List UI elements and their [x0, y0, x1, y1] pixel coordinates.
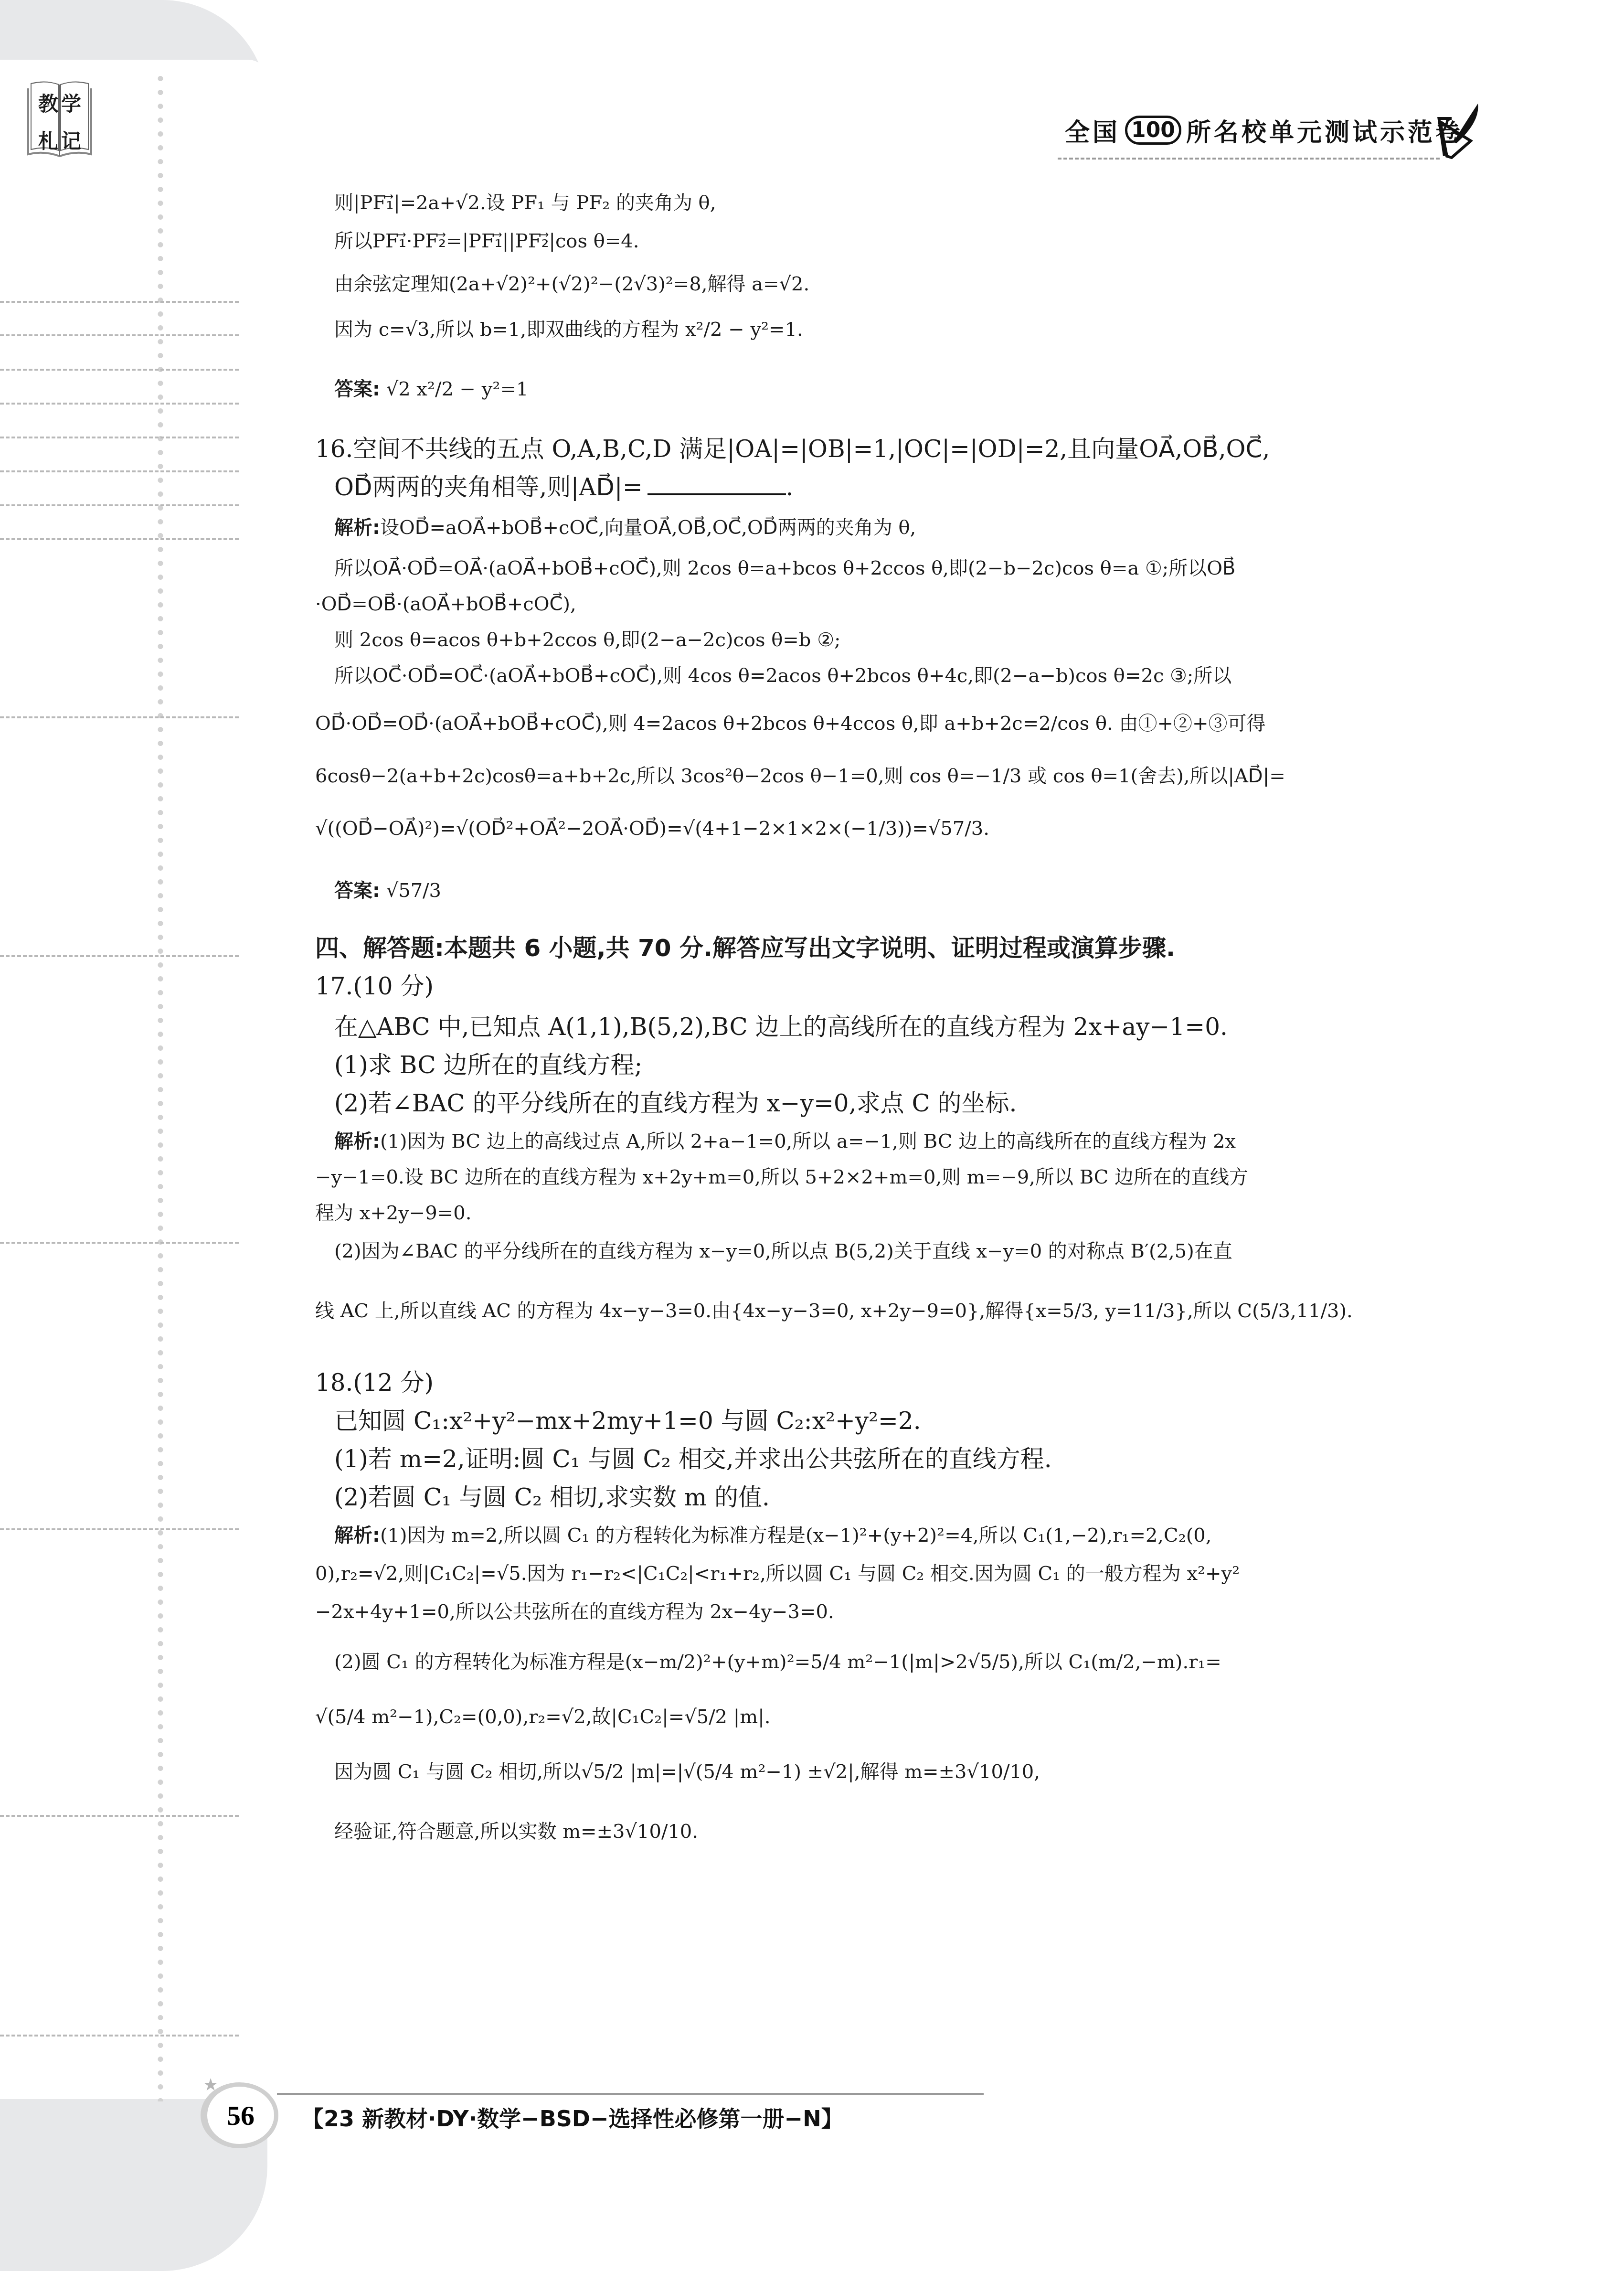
sidebar-notes-panel [0, 60, 267, 2099]
page-number-badge: 56 [201, 2082, 278, 2148]
solution-label: 解析: [334, 517, 380, 539]
q17-solution-line: −y−1=0.设 BC 边所在的直线方程为 x+2y+m=0,所以 5+2×2+… [315, 1168, 1248, 1187]
answer-value: √57/3 [386, 880, 441, 902]
answer-label: 答案: [334, 378, 380, 400]
q17-solution-line: (2)因为∠BAC 的平分线所在的直线方程为 x−y=0,所以点 B(5,2)关… [334, 1242, 1232, 1261]
solution-text: (1)因为 BC 边上的高线过点 A,所以 2+a−1=0,所以 a=−1,则 … [380, 1130, 1236, 1152]
note-line [0, 470, 239, 472]
note-line [0, 716, 239, 718]
q17-solution-line: 线 AC 上,所以直线 AC 的方程为 4x−y−3=0.由{4x−y−3=0,… [315, 1301, 1353, 1321]
answer-blank [647, 493, 786, 495]
q15-solution-line: 由余弦定理知(2a+√2)²+(√2)²−(2√3)²=8,解得 a=√2. [334, 275, 809, 294]
q16-solution-line: 所以OC⃗·OD⃗=OC⃗·(aOA⃗+bOB⃗+cOC⃗),则 4cos θ=… [334, 666, 1231, 685]
page-number: 56 [227, 2100, 255, 2132]
brand-suffix: 所名校单元测试示范卷 [1186, 112, 1463, 148]
q17-part2: (2)若∠BAC 的平分线所在的直线方程为 x−y=0,求点 C 的坐标. [334, 1091, 1017, 1115]
q16-stem-line1: 16.空间不共线的五点 O,A,B,C,D 满足|OA|=|OB|=1,|OC|… [315, 437, 1270, 461]
answer-value: √2 x²/2 − y²=1 [386, 378, 529, 400]
q17-solution-line: 解析:(1)因为 BC 边上的高线过点 A,所以 2+a−1=0,所以 a=−1… [334, 1132, 1236, 1151]
q16-solution-line: 所以OA⃗·OD⃗=OA⃗·(aOA⃗+bOB⃗+cOC⃗),则 2cos θ=… [334, 559, 1236, 578]
series-brand: 全国 100 所名校单元测试示范卷 [1065, 112, 1463, 148]
q15-solution-line: 所以PF₁⃗·PF₂⃗=|PF₁⃗||PF₂⃗|cos θ=4. [334, 232, 639, 251]
q16-stem-text: OD⃗两两的夹角相等,则|AD⃗|= [334, 473, 643, 501]
q17-part1: (1)求 BC 边所在的直线方程; [334, 1053, 642, 1077]
logo-char: 教 [37, 88, 60, 117]
teaching-notes-logo: 教 学 札 记 [26, 79, 93, 162]
q15-answer: 答案: √2 x²/2 − y²=1 [334, 380, 528, 399]
note-line [0, 504, 239, 506]
q16-solution-line: 6cosθ−2(a+b+2c)cosθ=a+b+2c,所以 3cos²θ−2co… [315, 767, 1285, 786]
note-line [0, 301, 239, 303]
note-line [0, 1528, 239, 1530]
q15-solution-line: 因为 c=√3,所以 b=1,即双曲线的方程为 x²/2 − y²=1. [334, 320, 803, 339]
header-divider [1058, 158, 1440, 160]
note-line [0, 1815, 239, 1817]
q16-solution-line: OD⃗·OD⃗=OD⃗·(aOA⃗+bOB⃗+cOC⃗),则 4=2acos θ… [315, 714, 1265, 733]
q18-number: 18.(12 分) [315, 1371, 434, 1395]
logo-char: 札 [37, 126, 60, 154]
q16-solution-line: 则 2cos θ=acos θ+b+2ccos θ,即(2−a−2c)cos θ… [334, 630, 841, 650]
solution-label: 解析: [334, 1525, 380, 1546]
logo-char: 学 [60, 88, 83, 117]
solution-text: (1)因为 m=2,所以圆 C₁ 的方程转化为标准方程是(x−1)²+(y+2)… [380, 1525, 1211, 1546]
note-line [0, 538, 239, 540]
note-line [0, 955, 239, 957]
note-line [0, 369, 239, 371]
logo-char: 记 [60, 126, 83, 154]
q16-answer: 答案: √57/3 [334, 881, 441, 900]
q18-solution-line: (2)圆 C₁ 的方程转化为标准方程是(x−m/2)²+(y+m)²=5/4 m… [334, 1653, 1221, 1672]
note-line [0, 334, 239, 336]
section-heading: 四、解答题:本题共 6 小题,共 70 分.解答应写出文字说明、证明过程或演算步… [315, 936, 1175, 960]
q18-solution-line: 0),r₂=√2,则|C₁C₂|=√5.因为 r₁−r₂<|C₁C₂|<r₁+r… [315, 1564, 1240, 1583]
binding-dots [158, 72, 163, 2101]
q16-solution-line: 解析:设OD⃗=aOA⃗+bOB⃗+cOC⃗,向量OA⃗,OB⃗,OC⃗,OD⃗… [334, 518, 916, 537]
note-line [0, 403, 239, 405]
q18-solution-line: 经验证,符合题意,所以实数 m=±3√10/10. [334, 1822, 698, 1841]
q16-stem-line2: OD⃗两两的夹角相等,则|AD⃗|=. [334, 475, 794, 499]
brand-number: 100 [1125, 116, 1181, 145]
answer-label: 答案: [334, 880, 380, 902]
note-line [0, 437, 239, 438]
q18-stem: 已知圆 C₁:x²+y²−mx+2my+1=0 与圆 C₂:x²+y²=2. [334, 1409, 921, 1433]
q17-solution-line: 程为 x+2y−9=0. [315, 1204, 471, 1223]
note-line [0, 1242, 239, 1244]
q18-solution-line: −2x+4y+1=0,所以公共弦所在的直线方程为 2x−4y−3=0. [315, 1602, 834, 1621]
q18-solution-line: √(5/4 m²−1),C₂=(0,0),r₂=√2,故|C₁C₂|=√5/2 … [315, 1707, 770, 1727]
solution-label: 解析: [334, 1130, 380, 1152]
q18-part1: (1)若 m=2,证明:圆 C₁ 与圆 C₂ 相交,并求出公共弦所在的直线方程. [334, 1447, 1052, 1471]
q18-solution-line: 因为圆 C₁ 与圆 C₂ 相切,所以√5/2 |m|=|√(5/4 m²−1) … [334, 1762, 1040, 1781]
quill-pen-icon [1433, 103, 1485, 160]
q18-solution-line: 解析:(1)因为 m=2,所以圆 C₁ 的方程转化为标准方程是(x−1)²+(y… [334, 1526, 1211, 1545]
q16-solution-line: √((OD⃗−OA⃗)²)=√(OD⃗²+OA⃗²−2OA⃗·OD⃗)=√(4+… [315, 819, 989, 838]
solution-text: 设OD⃗=aOA⃗+bOB⃗+cOC⃗,向量OA⃗,OB⃗,OC⃗,OD⃗两两的… [380, 517, 916, 539]
q18-part2: (2)若圆 C₁ 与圆 C₂ 相切,求实数 m 的值. [334, 1485, 770, 1509]
note-line [0, 2035, 239, 2036]
q16-solution-line: ·OD⃗=OB⃗·(aOA⃗+bOB⃗+cOC⃗), [315, 595, 576, 614]
footer-divider [277, 2093, 984, 2095]
book-code: 【23 新教材·DY·数学−BSD−选择性必修第一册−N】 [302, 2101, 843, 2133]
q16-stem-end: . [786, 473, 794, 501]
q17-stem: 在△ABC 中,已知点 A(1,1),B(5,2),BC 边上的高线所在的直线方… [334, 1015, 1228, 1039]
q15-solution-line: 则|PF₁⃗|=2a+√2.设 PF₁ 与 PF₂ 的夹角为 θ, [334, 193, 716, 213]
brand-prefix: 全国 [1065, 112, 1120, 148]
q17-number: 17.(10 分) [315, 974, 434, 998]
